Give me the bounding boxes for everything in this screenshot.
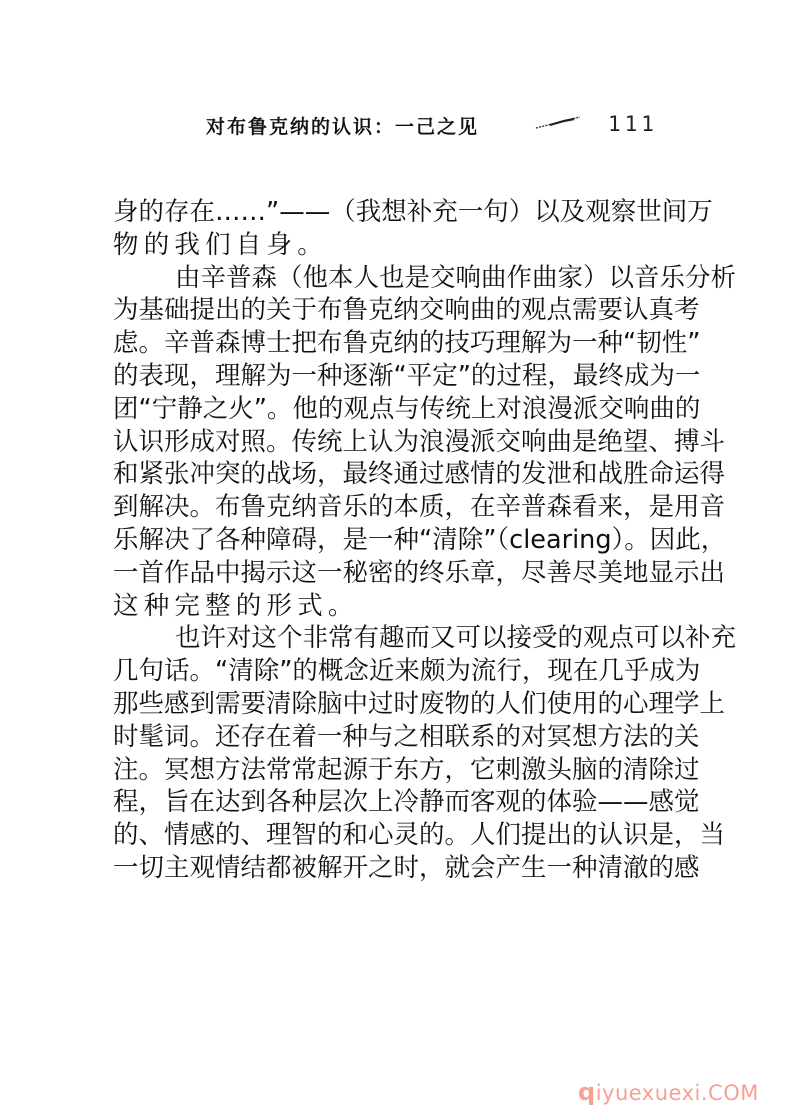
paragraph-3: 也许对这个非常有趣而又可以接受的观点可以补充 几句话。“清除”的概念近来颇为流行… [113, 622, 679, 884]
watermark-text: iyuexuexi.COM [596, 1081, 759, 1105]
running-title: 对布鲁克纳的认识：一己之见 [206, 112, 479, 139]
text-line: 团“宁静之火”。他的观点与传统上对浪漫派交响曲的 [113, 393, 679, 426]
text-line: 虑。辛普森博士把布鲁克纳的技巧理解为一种“韧性” [113, 327, 679, 360]
text-line: 身的存在……”——（我想补充一句）以及观察世间万 [113, 196, 679, 229]
paragraph-1: 身的存在……”——（我想补充一句）以及观察世间万 物的我们自身。 [113, 196, 679, 262]
text-line: 那些感到需要清除脑中过时废物的人们使用的心理学上 [113, 688, 679, 721]
site-watermark: qiyuexuexi.COM [578, 1078, 759, 1106]
text-line: 的、情感的、理智的和心灵的。人们提出的认识是，当 [113, 819, 679, 852]
paragraph-2: 由辛普森（他本人也是交响曲作曲家）以音乐分析 为基础提出的关于布鲁克纳交响曲的观… [113, 262, 679, 623]
ornament-flourish-icon [534, 116, 582, 130]
text-line: 一切主观情结都被解开之时，就会产生一种清澈的感 [113, 852, 679, 885]
text-line: 到解决。布鲁克纳音乐的本质，在辛普森看来，是用音 [113, 491, 679, 524]
text-line: 认识形成对照。传统上认为浪漫派交响曲是绝望、搏斗 [113, 426, 679, 459]
text-line: 一首作品中揭示这一秘密的终乐章，尽善尽美地显示出 [113, 557, 679, 590]
watermark-logo-q: q [578, 1078, 596, 1106]
text-line: 由辛普森（他本人也是交响曲作曲家）以音乐分析 [113, 262, 679, 295]
text-line: 乐解决了各种障碍，是一种“清除”（clearing）。因此， [113, 524, 679, 557]
text-line: 为基础提出的关于布鲁克纳交响曲的观点需要认真考 [113, 294, 679, 327]
page-number: 111 [608, 112, 658, 136]
text-line: 几句话。“清除”的概念近来颇为流行，现在几乎成为 [113, 655, 679, 688]
text-line: 时髦词。还存在着一种与之相联系的对冥想方法的关 [113, 721, 679, 754]
text-line: 和紧张冲突的战场，最终通过感情的发泄和战胜命运得 [113, 458, 679, 491]
text-line: 这种完整的形式。 [113, 590, 679, 623]
text-line: 的表现，理解为一种逐渐“平定”的过程，最终成为一 [113, 360, 679, 393]
text-line: 程，旨在达到各种层次上冷静而客观的体验——感觉 [113, 786, 679, 819]
page-header: 对布鲁克纳的认识：一己之见 111 [206, 110, 656, 140]
body-text: 身的存在……”——（我想补充一句）以及观察世间万 物的我们自身。 由辛普森（他本… [113, 196, 679, 885]
text-line: 注。冥想方法常常起源于东方，它刺激头脑的清除过 [113, 754, 679, 787]
text-line: 物的我们自身。 [113, 229, 679, 262]
text-line: 也许对这个非常有趣而又可以接受的观点可以补充 [113, 622, 679, 655]
